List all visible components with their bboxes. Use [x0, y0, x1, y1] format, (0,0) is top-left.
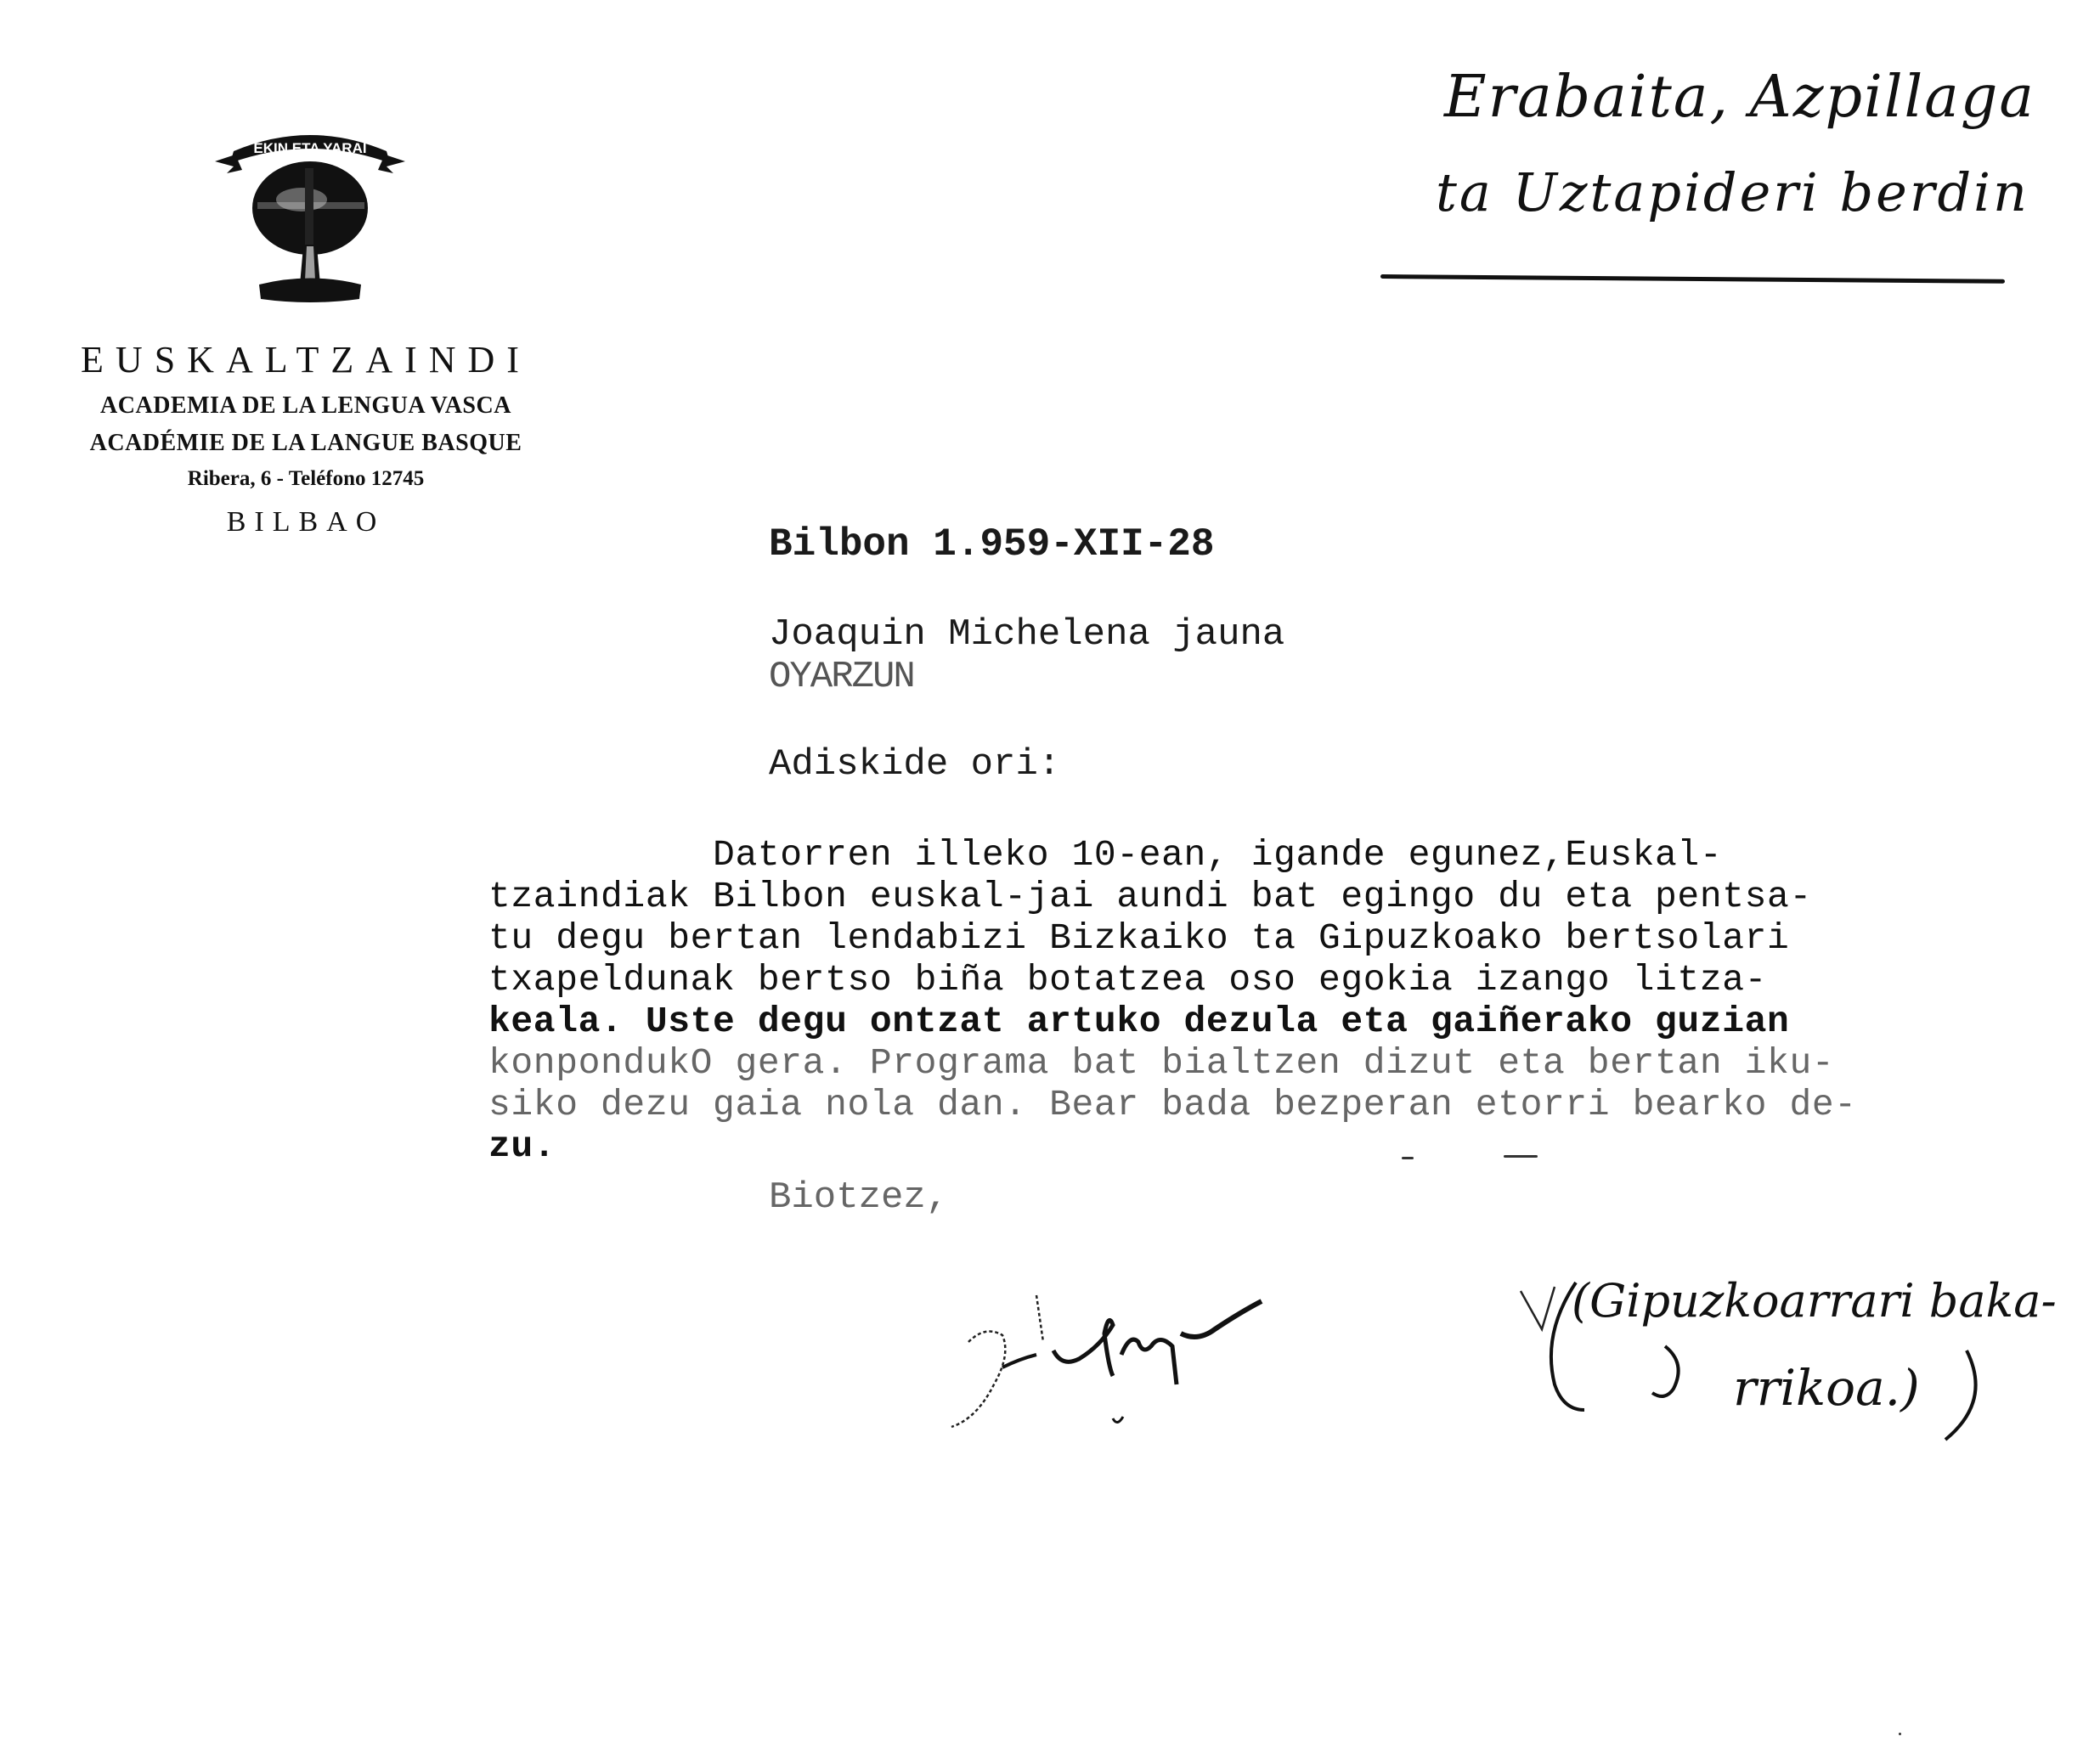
letter-date: Bilbon 1.959-XII-28: [769, 522, 1215, 567]
body-line: tu degu bertan lendabizi Bizkaiko ta Gip…: [488, 917, 1789, 959]
salutation: Adiskide ori:: [769, 743, 1060, 786]
scan-artifact: [1504, 1155, 1538, 1158]
body-line: Datorren illeko 10-ean, igande egunez,Eu…: [488, 834, 1722, 876]
closing: Biotzez,: [769, 1176, 948, 1219]
recipient-place: OYARZUN: [769, 656, 914, 698]
handwritten-note-line-2: ta Uztapideri berdin: [1436, 161, 2029, 223]
scan-artifact: [1899, 1733, 1901, 1735]
logo-motto: EKIN ETA YARAI: [253, 140, 366, 156]
body-line: tzaindiak Bilbon euskal-jai aundi bat eg…: [488, 876, 1812, 917]
organization-subtitle-french: ACADÉMIE DE LA LANGUE BASQUE: [51, 430, 561, 457]
body-line: siko dezu gaia nola dan. Bear bada bezpe…: [488, 1084, 1857, 1125]
body-line: konpondukO gera. Programa bat bialtzen d…: [488, 1042, 1834, 1084]
body-line: zu.: [488, 1125, 556, 1167]
signature-1-icon: [934, 1274, 1274, 1461]
scan-artifact: [1402, 1157, 1414, 1159]
body-line: txapeldunak bertso biña botatzea oso ego…: [488, 959, 1767, 1001]
organization-city: BILBAO: [51, 506, 561, 538]
organization-subtitle-spanish: ACADEMIA DE LA LENGUA VASCA: [51, 392, 561, 420]
signature-2-line-2: rrikoa.): [1733, 1359, 1920, 1417]
handwritten-note-line-1: Erabaita, Azpillaga: [1444, 64, 2035, 131]
euskaltzaindi-logo-tree-icon: EKIN ETA YARAI: [208, 110, 412, 306]
body-line: keala. Uste degu ontzat artuko dezula et…: [488, 1001, 1789, 1042]
signature-2-line-1: (Gipuzkoarrari baka-: [1572, 1274, 2057, 1328]
handwritten-underline: [1380, 274, 2005, 284]
organization-address: Ribera, 6 - Teléfono 12745: [51, 467, 561, 491]
recipient-name: Joaquin Michelena jauna: [769, 613, 1284, 656]
organization-name: EUSKALTZAINDI: [51, 338, 561, 381]
